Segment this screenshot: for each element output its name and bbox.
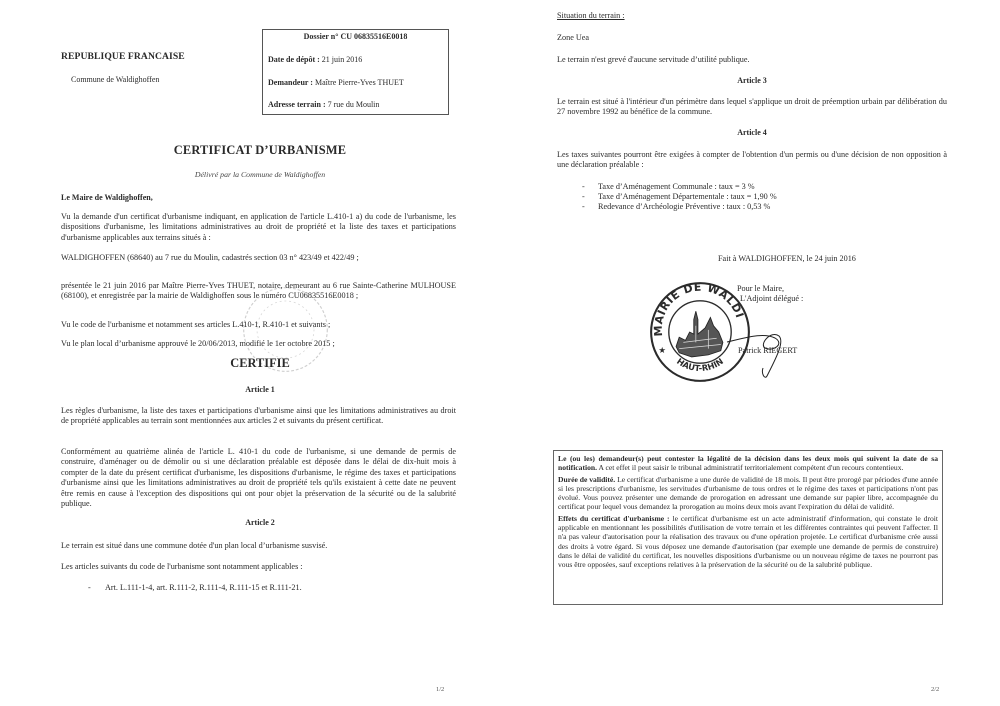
republique-francaise-header: REPUBLIQUE FRANCAISE bbox=[61, 52, 185, 62]
demandeur-label: Demandeur : bbox=[268, 78, 313, 87]
article-2-paragraph-1: Le terrain est situé dans une commune do… bbox=[61, 541, 456, 551]
validite-notice-bold: Durée de validité. bbox=[558, 475, 615, 484]
page-number: 1/2 bbox=[436, 685, 444, 695]
document-title: CERTIFICAT D’URBANISME bbox=[60, 145, 460, 155]
zone-value: Zone Uea bbox=[557, 33, 589, 43]
article-4-heading: Article 4 bbox=[557, 128, 947, 138]
page-number: 2/2 bbox=[931, 685, 939, 695]
svg-text:★: ★ bbox=[658, 346, 665, 355]
page-2: Situation du terrain : Zone Uea Le terra… bbox=[500, 0, 1000, 706]
stamp-bottom-text: HAUT-RHIN bbox=[675, 356, 725, 373]
date-depot-label: Date de dépôt : bbox=[268, 55, 320, 64]
article-2-paragraph-2: Les articles suivants du code de l'urban… bbox=[61, 562, 456, 572]
certifie-heading: CERTIFIE bbox=[60, 358, 460, 368]
maire-heading: Le Maire de Waldighoffen, bbox=[61, 193, 153, 203]
article-3-paragraph: Le terrain est situé à l'intérieur d'un … bbox=[557, 97, 947, 118]
article-2-heading: Article 2 bbox=[60, 518, 460, 528]
article-1-heading: Article 1 bbox=[60, 385, 460, 395]
effets-notice: Effets du certificat d'urbanisme : le ce… bbox=[558, 514, 938, 570]
vu-demande-paragraph: Vu la demande d'un certificat d'urbanism… bbox=[61, 212, 456, 243]
tax-item: -Taxe d’Aménagement Communale : taux = 3… bbox=[582, 182, 777, 192]
list-dash: - bbox=[582, 202, 598, 212]
page-1: REPUBLIQUE FRANCAISE Commune de Waldigho… bbox=[0, 0, 500, 706]
svg-text:HAUT-RHIN: HAUT-RHIN bbox=[675, 356, 725, 373]
list-dash: - bbox=[582, 192, 598, 202]
validite-notice: Durée de validité. Le certificat d'urban… bbox=[558, 475, 938, 512]
dossier-number: Dossier n° CU 06835516E0018 bbox=[263, 32, 448, 42]
list-dash: - bbox=[582, 182, 598, 192]
document-subtitle: Délivré par la Commune de Waldighoffen bbox=[60, 170, 460, 180]
commune-name: Commune de Waldighoffen bbox=[71, 75, 159, 85]
tax-item: -Redevance d’Archéologie Préventive : ta… bbox=[582, 202, 777, 212]
list-dash: - bbox=[88, 583, 105, 593]
recours-notice: Le (ou les) demandeur(s) peut contester … bbox=[558, 454, 938, 473]
article-1-paragraph-1: Les règles d'urbanisme, la liste des tax… bbox=[61, 406, 456, 427]
tax-item-text: Taxe d’Aménagement Départementale : taux… bbox=[598, 192, 777, 201]
servitude-statement: Le terrain n'est grevé d'aucune servitud… bbox=[557, 55, 750, 65]
adresse-terrain-value: 7 rue du Moulin bbox=[326, 100, 380, 109]
demandeur-value: Maître Pierre-Yves THUET bbox=[313, 78, 404, 87]
demandeur: Demandeur : Maître Pierre-Yves THUET bbox=[268, 78, 404, 88]
adresse-cadastre-paragraph: WALDIGHOFFEN (68640) au 7 rue du Moulin,… bbox=[61, 253, 456, 263]
validite-notice-text: Le certificat d'urbanisme a une durée de… bbox=[558, 475, 938, 512]
article-3-heading: Article 3 bbox=[557, 76, 947, 86]
date-depot: Date de dépôt : 21 juin 2016 bbox=[268, 55, 362, 65]
adresse-terrain-label: Adresse terrain : bbox=[268, 100, 326, 109]
signature-icon bbox=[725, 320, 805, 380]
fait-a-date: Fait à WALDIGHOFFEN, le 24 juin 2016 bbox=[718, 254, 856, 264]
article-1-paragraph-2: Conformément au quatrième alinéa de l'ar… bbox=[61, 447, 456, 509]
article-2-list-item: -Art. L.111-1-4, art. R.111-2, R.111-4, … bbox=[88, 583, 302, 593]
adresse-terrain: Adresse terrain : 7 rue du Moulin bbox=[268, 100, 379, 110]
article-2-list-text: Art. L.111-1-4, art. R.111-2, R.111-4, R… bbox=[105, 583, 302, 592]
situation-heading: Situation du terrain : bbox=[557, 11, 625, 21]
tax-item: -Taxe d’Aménagement Départementale : tau… bbox=[582, 192, 777, 202]
tax-item-text: Taxe d’Aménagement Communale : taux = 3 … bbox=[598, 182, 755, 191]
dossier-info-box: Dossier n° CU 06835516E0018 Date de dépô… bbox=[262, 29, 449, 115]
taxes-list: -Taxe d’Aménagement Communale : taux = 3… bbox=[582, 182, 777, 212]
recours-notice-text: A cet effet il peut saisir le tribunal a… bbox=[597, 463, 903, 472]
article-4-paragraph: Les taxes suivantes pourront être exigée… bbox=[557, 150, 947, 171]
date-depot-value: 21 juin 2016 bbox=[320, 55, 362, 64]
tax-item-text: Redevance d’Archéologie Préventive : tau… bbox=[598, 202, 770, 211]
effets-notice-bold: Effets du certificat d'urbanisme : bbox=[558, 514, 670, 523]
effets-notice-text: le certificat d'urbanisme est un acte ad… bbox=[558, 514, 938, 569]
legal-notice-box: Le (ou les) demandeur(s) peut contester … bbox=[553, 450, 943, 605]
